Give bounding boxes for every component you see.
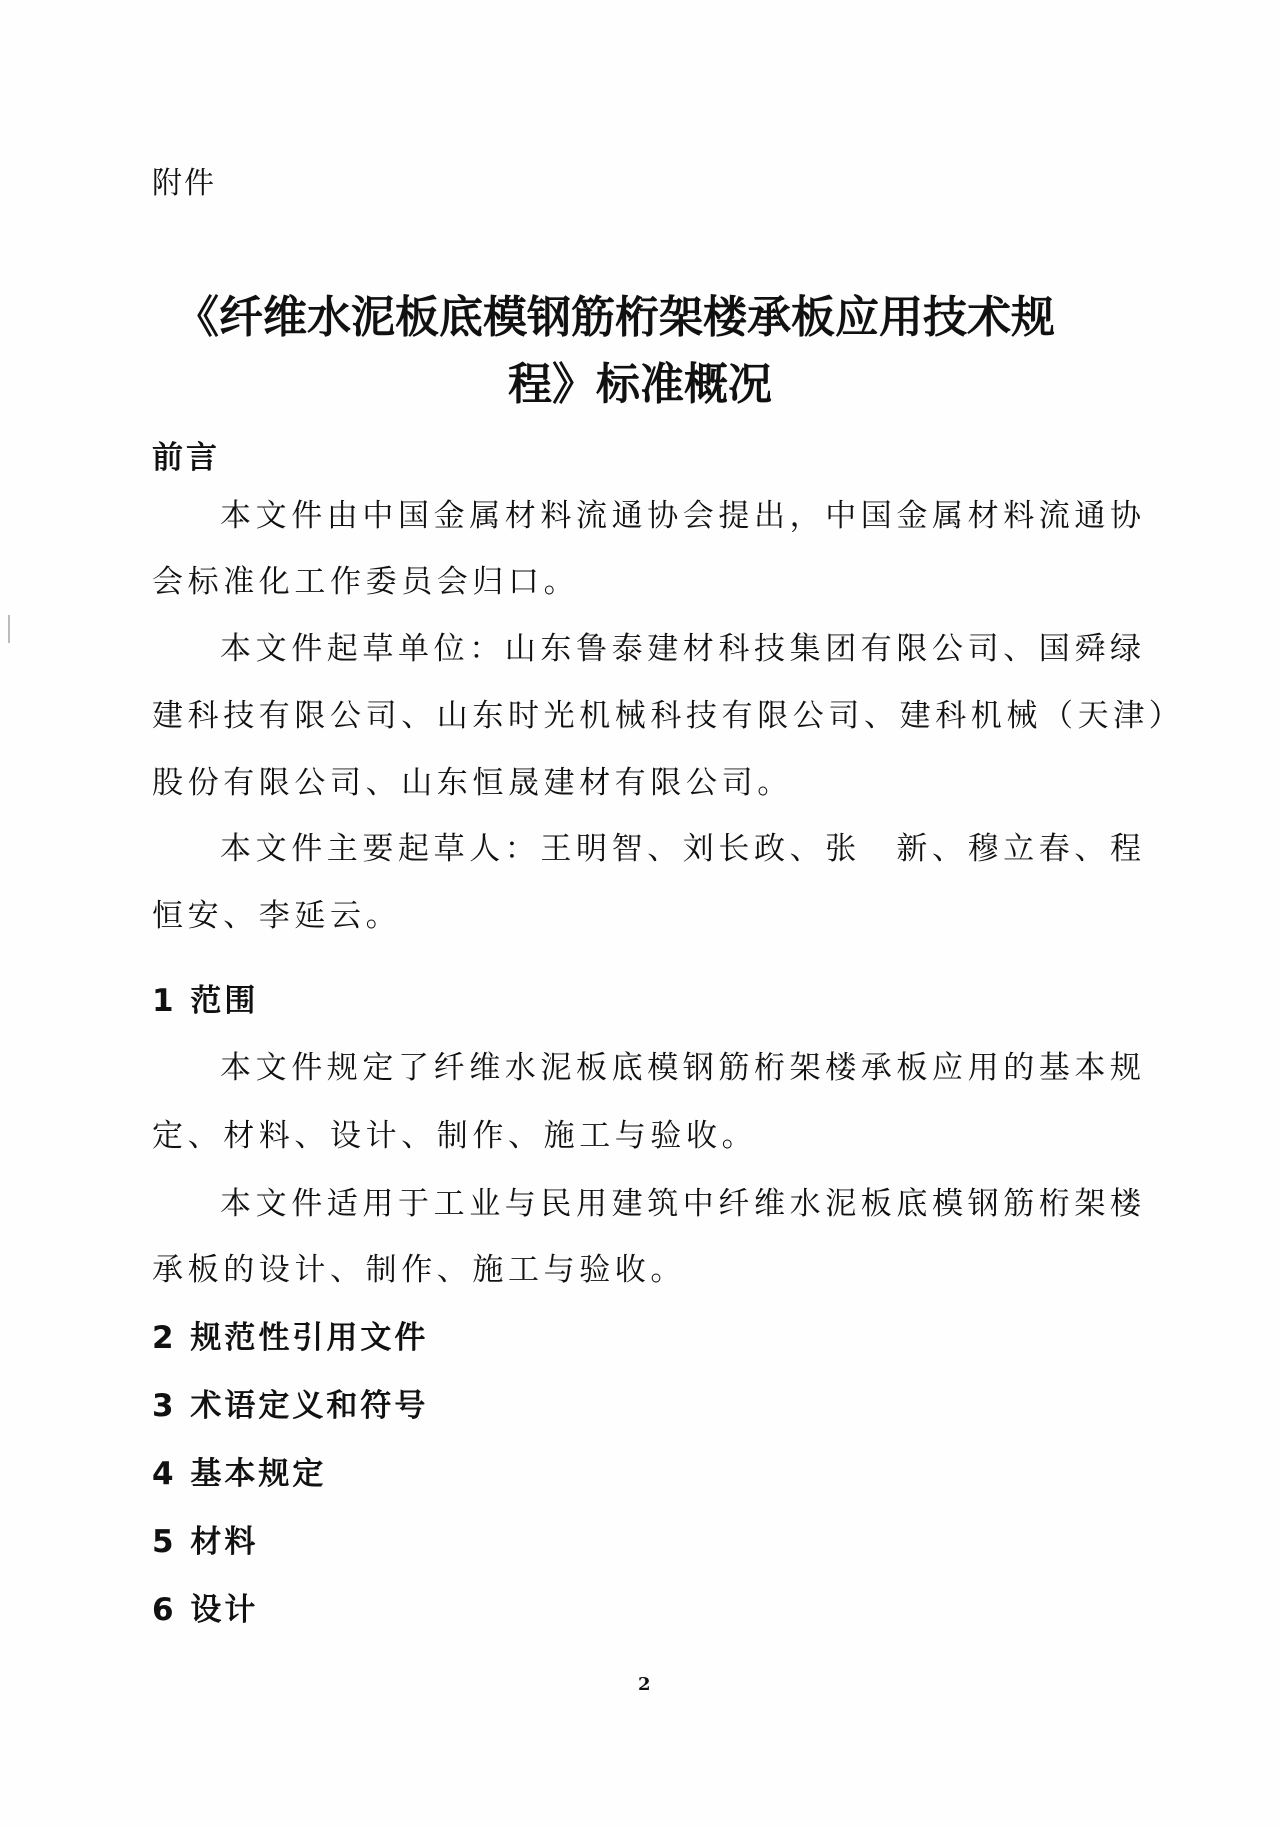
paragraph-line: 股份有限公司、山东恒晟建材有限公司。	[152, 757, 793, 802]
attachment-label: 附件	[152, 158, 216, 202]
section-heading-foreword: 前言	[152, 432, 220, 477]
section-heading-design: 6 设计	[152, 1584, 258, 1629]
document-title-line-2: 程》标准概况	[150, 352, 1130, 418]
page-number: 2	[638, 1674, 651, 1695]
paragraph-line: 定、材料、设计、制作、施工与验收。	[152, 1110, 757, 1155]
document-page: 附件 《纤维水泥板底模钢筋桁架楼承板应用技术规 程》标准概况 前言 本文件由中国…	[0, 0, 1280, 1826]
paragraph-line: 本文件主要起草人：王明智、刘长政、张 新、穆立春、程	[220, 823, 1146, 868]
paragraph-line: 承板的设计、制作、施工与验收。	[152, 1244, 686, 1289]
paragraph-line: 本文件起草单位：山东鲁泰建材科技集团有限公司、国舜绿	[220, 623, 1146, 668]
paragraph-line: 本文件规定了纤维水泥板底模钢筋桁架楼承板应用的基本规	[220, 1042, 1146, 1087]
paragraph-line: 恒安、李延云。	[152, 890, 401, 935]
section-heading-materials: 5 材料	[152, 1516, 258, 1561]
document-title-line-1: 《纤维水泥板底模钢筋桁架楼承板应用技术规	[175, 285, 1135, 351]
paragraph-line: 本文件适用于工业与民用建筑中纤维水泥板底模钢筋桁架楼	[220, 1178, 1146, 1223]
section-heading-normative-references: 2 规范性引用文件	[152, 1312, 428, 1357]
paragraph-line: 会标准化工作委员会归口。	[152, 556, 579, 601]
scan-edge-mark	[8, 615, 10, 643]
paragraph-line: 本文件由中国金属材料流通协会提出，中国金属材料流通协	[220, 490, 1146, 535]
section-heading-basic-provisions: 4 基本规定	[152, 1448, 326, 1493]
section-heading-scope: 1 范围	[152, 975, 258, 1020]
paragraph-line: 建科技有限公司、山东时光机械科技有限公司、建科机械（天津）	[152, 690, 1184, 735]
section-heading-terms-definitions: 3 术语定义和符号	[152, 1380, 428, 1425]
